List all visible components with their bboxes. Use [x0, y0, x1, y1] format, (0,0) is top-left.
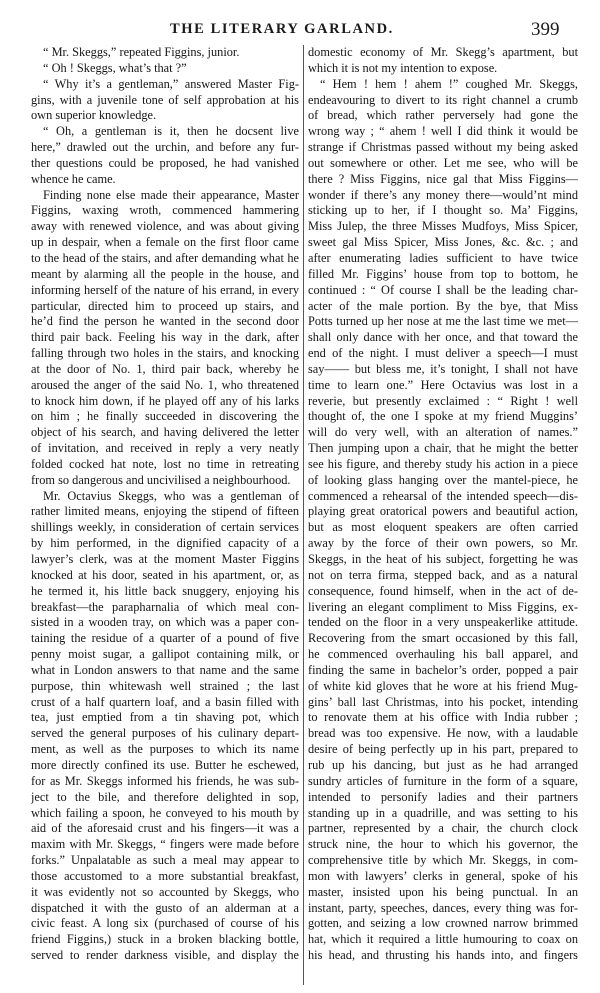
- text-line: rather limited means, enjoying the stipe…: [31, 504, 299, 520]
- text-line: reverie, but presently exclaimed : “ Rig…: [308, 394, 578, 410]
- text-line: to renovate them at his office with Indi…: [308, 710, 578, 726]
- text-line: sisted in a wooden tray, on which was a …: [31, 615, 299, 631]
- text-line: aid of the aforesaid crust and his finge…: [31, 821, 299, 837]
- text-line: particular, directed him to proceed up s…: [31, 299, 299, 315]
- text-line: civic feast. A long six (purchased of co…: [31, 916, 299, 932]
- text-line: of invitation, and received in reply a v…: [31, 441, 299, 457]
- text-line: Mr. Octavius Skeggs, who was a gentleman…: [31, 489, 299, 505]
- text-line: master, insisted upon his being punctual…: [308, 885, 578, 901]
- text-line: lawyer’s clerk, was at the moment Master…: [31, 552, 299, 568]
- text-line: he’d find the person he wanted in the se…: [31, 314, 299, 330]
- text-line: shillings weekly, in consideration of ce…: [31, 520, 299, 536]
- text-line: ment, as well as the purposes to which i…: [31, 742, 299, 758]
- text-line: hat, which it required a little humourin…: [308, 932, 578, 948]
- text-line: Recovering from the smart occasioned by …: [308, 631, 578, 647]
- text-line: tea, just emptied from a tin shaving pot…: [31, 710, 299, 726]
- text-line: after enumerating ladies sufficient to h…: [308, 251, 578, 267]
- text-line: filled Mr. Figgins’ house from top to bo…: [308, 267, 578, 283]
- text-line: ther questions could be proposed, he had…: [31, 156, 299, 172]
- text-line: of bread, which rather perversely had go…: [308, 108, 578, 124]
- text-line: penny moist sugar, a gallipot containing…: [31, 647, 299, 663]
- text-line: commenced a rehearsal of the intended sp…: [308, 489, 578, 505]
- text-line: rub up his dancing, but just as he had a…: [308, 758, 578, 774]
- page-header: THE LITERARY GARLAND. 399: [0, 20, 600, 42]
- text-line: served the general purposes of his culin…: [31, 726, 299, 742]
- text-line: partner, represented by a chair, the chu…: [308, 821, 578, 837]
- text-line: Then jumping upon a chair, that he might…: [308, 441, 578, 457]
- right-column: domestic economy of Mr. Skegg’s apartmen…: [308, 45, 578, 964]
- text-line: strange if Christmas passed without my b…: [308, 140, 578, 156]
- text-line: say—— but bless me, it’s tonight, I shal…: [308, 362, 578, 378]
- text-line: sticking up to her, if I thought so. Ma’…: [308, 203, 578, 219]
- text-line: folded cocked hat note, lost no time in …: [31, 457, 299, 473]
- text-line: struck nine, the hour to which his gover…: [308, 837, 578, 853]
- text-line: object of his search, and having deliver…: [31, 425, 299, 441]
- text-line: knocked at his door, seated in his apart…: [31, 568, 299, 584]
- text-line: which failing a spoon, he conveyed to hi…: [31, 806, 299, 822]
- text-line: Finding none else made their appearance,…: [31, 188, 299, 204]
- text-line: end of the night. I must deliver a speec…: [308, 346, 578, 362]
- text-line: instant, party, speeches, dances, every …: [308, 901, 578, 917]
- text-line: out somewhere or other. Let me see, who …: [308, 156, 578, 172]
- text-line: of white kid gloves that he wore at his …: [308, 679, 578, 695]
- text-line: shall only dance with her once, and that…: [308, 330, 578, 346]
- text-line: “ Oh, a gentleman is it, then he docsent…: [31, 124, 299, 140]
- text-line: “ Oh ! Skeggs, what’s that ?”: [31, 61, 299, 77]
- text-line: tended on the floor in a very unspeakerl…: [308, 615, 578, 631]
- text-line: taining the residue of a quarter of a po…: [31, 631, 299, 647]
- text-line: bread was too expensive. He now, with a …: [308, 726, 578, 742]
- text-line: will do very well, with an alteration of…: [308, 425, 578, 441]
- text-line: ject to the bile, and therefore delighte…: [31, 790, 299, 806]
- text-line: finding the same in bachelor’s order, po…: [308, 663, 578, 679]
- text-line: Skeggs, in the heat of his subject, forg…: [308, 552, 578, 568]
- text-line: breakfast—the parapharnalia of which mea…: [31, 600, 299, 616]
- text-line: friend Figgins,) stuck in a broken black…: [31, 932, 299, 948]
- text-line: third pair back. Feeling his way in the …: [31, 330, 299, 346]
- text-line: on him ; he finally succeeded in discove…: [31, 409, 299, 425]
- text-line: consequence, found himself, when in the …: [308, 584, 578, 600]
- text-line: livering an elegant compliment to Miss F…: [308, 600, 578, 616]
- text-line: domestic economy of Mr. Skegg’s apartmen…: [308, 45, 578, 61]
- column-divider: [303, 45, 304, 985]
- page-number: 399: [531, 19, 560, 41]
- text-line: Potts turned up her nose at me the last …: [308, 314, 578, 330]
- text-line: more directly confined its use. Butter h…: [31, 758, 299, 774]
- text-line: his head, and thrusting his hands into, …: [308, 948, 578, 964]
- text-line: endeavouring to divert to its right chan…: [308, 93, 578, 109]
- text-line: by him performed, in the dignified capac…: [31, 536, 299, 552]
- text-line: of looking glass hanging over the mantel…: [308, 473, 578, 489]
- text-line: aroused the anger of the said No. 1, who…: [31, 378, 299, 394]
- text-line: gotten, and seizing a low crowned narrow…: [308, 916, 578, 932]
- text-line: mon with lawyers’ clerks in general, spo…: [308, 869, 578, 885]
- text-line: see his figure, and thereby study his ac…: [308, 457, 578, 473]
- text-line: crust of a half quartern loaf, and a bas…: [31, 695, 299, 711]
- text-line: continued : “ Of course I shall be the l…: [308, 283, 578, 299]
- text-line: what in London answers to that name and …: [31, 663, 299, 679]
- text-line: away by the force of their own powers, s…: [308, 536, 578, 552]
- text-line: served to render darkness visible, and d…: [31, 948, 299, 964]
- text-line: at the door of No. 1, third pair back, w…: [31, 362, 299, 378]
- text-line: up in despair, when a female on the firs…: [31, 235, 299, 251]
- text-line: “ Why it’s a gentleman,” answered Master…: [31, 77, 299, 93]
- left-column: “ Mr. Skeggs,” repeated Figgins, junior.…: [31, 45, 299, 964]
- text-line: purpose, thin whitewash well strained ; …: [31, 679, 299, 695]
- text-line: standing up in a quadrille, and was sett…: [308, 806, 578, 822]
- text-line: playing great oratorical powers and beau…: [308, 504, 578, 520]
- text-line: sundry articles of furniture in the form…: [308, 774, 578, 790]
- text-line: forks.” Unpalatable as such a meal may a…: [31, 853, 299, 869]
- text-line: whence he came.: [31, 172, 299, 188]
- text-line: to knock him down, if he played off any …: [31, 394, 299, 410]
- text-line: wrong way ; “ ahem ! well I did think it…: [308, 124, 578, 140]
- text-line: sweet gal Miss Spicer, Miss Jones, &c. &…: [308, 235, 578, 251]
- text-line: he termed it, his little back snuggery, …: [31, 584, 299, 600]
- text-line: those accustomed to a more substantial b…: [31, 869, 299, 885]
- text-line: maxim with Mr. Skeggs, “ fingers were ma…: [31, 837, 299, 853]
- text-line: he commenced overhauling his ball appare…: [308, 647, 578, 663]
- text-line: from so dangerous and uncivilised a neig…: [31, 473, 299, 489]
- text-line: falling through two holes in the stairs,…: [31, 346, 299, 362]
- text-line: own superior knowledge.: [31, 108, 299, 124]
- text-line: which it is not my intention to expose.: [308, 61, 578, 77]
- text-line: gins’ ball last Christmas, into his pock…: [308, 695, 578, 711]
- text-line: away with renewed violence, and was abou…: [31, 219, 299, 235]
- text-line: there ? Miss Figgins, nice gal that Miss…: [308, 172, 578, 188]
- text-line: “ Hem ! hem ! ahem !” coughed Mr. Skeggs…: [308, 77, 578, 93]
- text-line: here,” drawled out the urchin, and befor…: [31, 140, 299, 156]
- text-line: Miss Julep, the three Misses Mudfoys, Mi…: [308, 219, 578, 235]
- text-line: dispatched it with the gusto of an alder…: [31, 901, 299, 917]
- text-line: desire of being perfectly up in his part…: [308, 742, 578, 758]
- text-line: not on terra firma, stepped back, and as…: [308, 568, 578, 584]
- text-line: acter of the male portion. By the bye, t…: [308, 299, 578, 315]
- running-title: THE LITERARY GARLAND.: [170, 21, 394, 38]
- text-line: meant by alarming all the people in the …: [31, 267, 299, 283]
- text-line: comprehensive title by which Mr. Skeggs,…: [308, 853, 578, 869]
- text-line: wonder if there’s any money there—would’…: [308, 188, 578, 204]
- text-line: for as Mr. Skeggs informed his friends, …: [31, 774, 299, 790]
- text-line: to the head of the stairs, and after dem…: [31, 251, 299, 267]
- text-line: time to learn one.” Here Octavius was lo…: [308, 378, 578, 394]
- text-line: Figgins, waxing wroth, commenced hammeri…: [31, 203, 299, 219]
- text-line: gins, with a juvenile tone of self appro…: [31, 93, 299, 109]
- text-line: it was evidently not so accounted by Ske…: [31, 885, 299, 901]
- text-line: but as most eloquent speakers are often …: [308, 520, 578, 536]
- text-line: thought of, the one I spoke at my friend…: [308, 409, 578, 425]
- text-line: informing herself of the nature of his e…: [31, 283, 299, 299]
- text-line: “ Mr. Skeggs,” repeated Figgins, junior.: [31, 45, 299, 61]
- text-line: intended to personify ladies and their p…: [308, 790, 578, 806]
